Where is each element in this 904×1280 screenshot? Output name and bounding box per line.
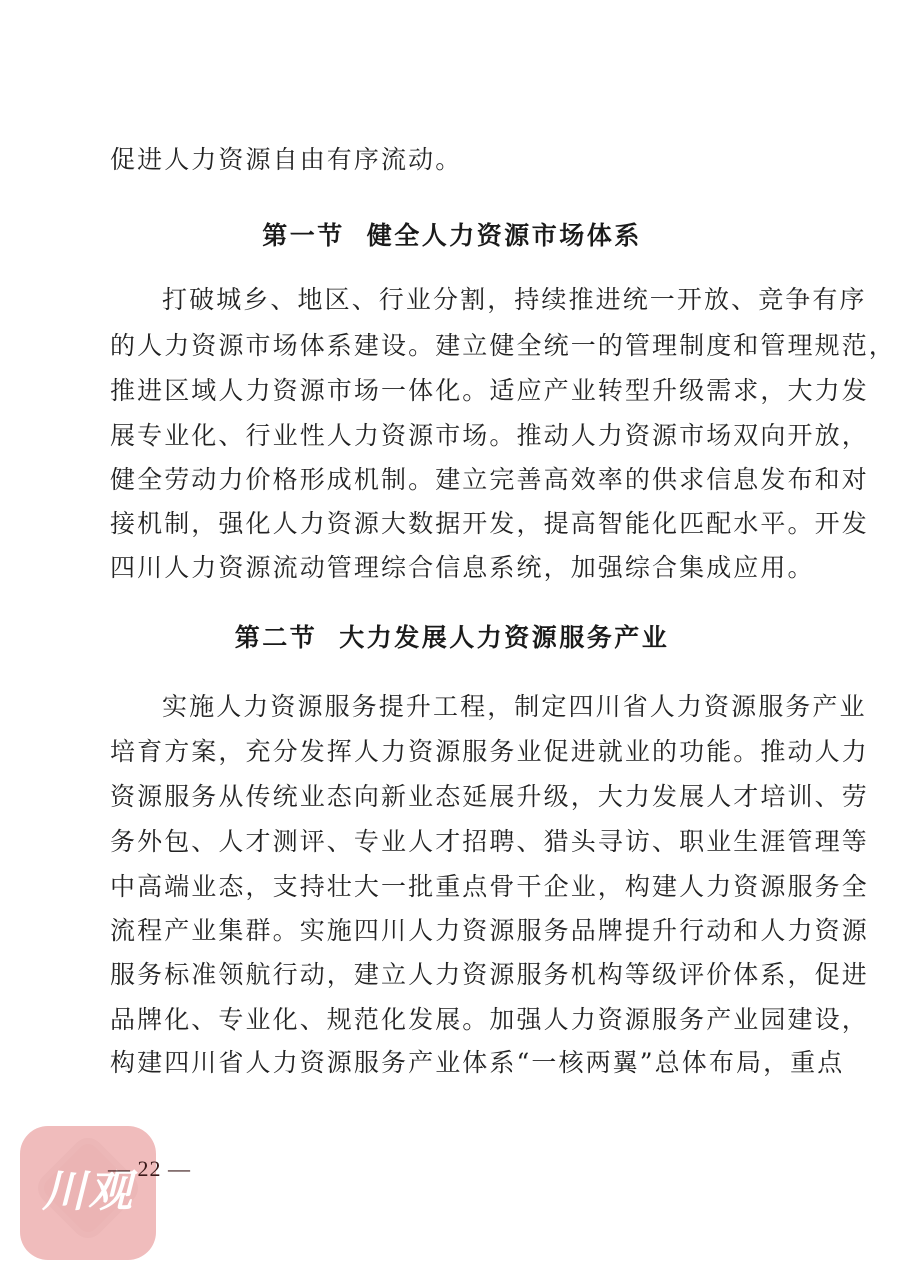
paragraph-line: 接机制，强化人力资源大数据开发，提高智能化匹配水平。开发 — [110, 504, 794, 544]
paragraph-line: 培育方案，充分发挥人力资源服务业促进就业的功能。推动人力 — [110, 732, 794, 772]
paragraph-line: 务外包、人才测评、专业人才招聘、猎头寻访、职业生涯管理等 — [110, 822, 794, 862]
section-heading-1: 第一节健全人力资源市场体系 — [0, 216, 904, 256]
paragraph-line: 中高端业态，支持壮大一批重点骨干企业，构建人力资源服务全 — [110, 867, 794, 907]
paragraph-line: 打破城乡、地区、行业分割，持续推进统一开放、竞争有序 — [162, 280, 794, 320]
paragraph-line: 流程产业集群。实施四川人力资源服务品牌提升行动和人力资源 — [110, 911, 794, 951]
section-number: 第一节 — [262, 221, 345, 250]
section-title: 健全人力资源市场体系 — [367, 221, 642, 250]
paragraph-line: 四川人力资源流动管理综合信息系统，加强综合集成应用。 — [110, 548, 794, 588]
section-title: 大力发展人力资源服务产业 — [339, 623, 669, 652]
paragraph-line: 服务标准领航行动，建立人力资源服务机构等级评价体系，促进 — [110, 955, 794, 995]
section-number: 第二节 — [235, 623, 318, 652]
page-number: — 22 — — [108, 1156, 191, 1182]
paragraph-continuation-line: 促进人力资源自由有序流动。 — [110, 140, 794, 180]
paragraph-line: 资源服务从传统业态向新业态延展升级，大力发展人才培训、劳 — [110, 777, 794, 817]
paragraph-line: 健全劳动力价格形成机制。建立完善高效率的供求信息发布和对 — [110, 460, 794, 500]
chuanguan-logo-icon: 川观 — [20, 1126, 156, 1260]
document-page: 促进人力资源自由有序流动。 第一节健全人力资源市场体系 打破城乡、地区、行业分割… — [0, 0, 904, 1280]
paragraph-line: 推进区域人力资源市场一体化。适应产业转型升级需求，大力发 — [110, 371, 794, 411]
paragraph-line: 构建四川省人力资源服务产业体系“一核两翼”总体布局，重点 — [110, 1043, 794, 1083]
section-heading-2: 第二节大力发展人力资源服务产业 — [0, 618, 904, 658]
paragraph-line: 展专业化、行业性人力资源市场。推动人力资源市场双向开放， — [110, 416, 794, 456]
paragraph-line: 品牌化、专业化、规范化发展。加强人力资源服务产业园建设， — [110, 1000, 794, 1040]
paragraph-line: 实施人力资源服务提升工程，制定四川省人力资源服务产业 — [162, 687, 794, 727]
paragraph-line: 的人力资源市场体系建设。建立健全统一的管理制度和管理规范， — [110, 326, 794, 366]
